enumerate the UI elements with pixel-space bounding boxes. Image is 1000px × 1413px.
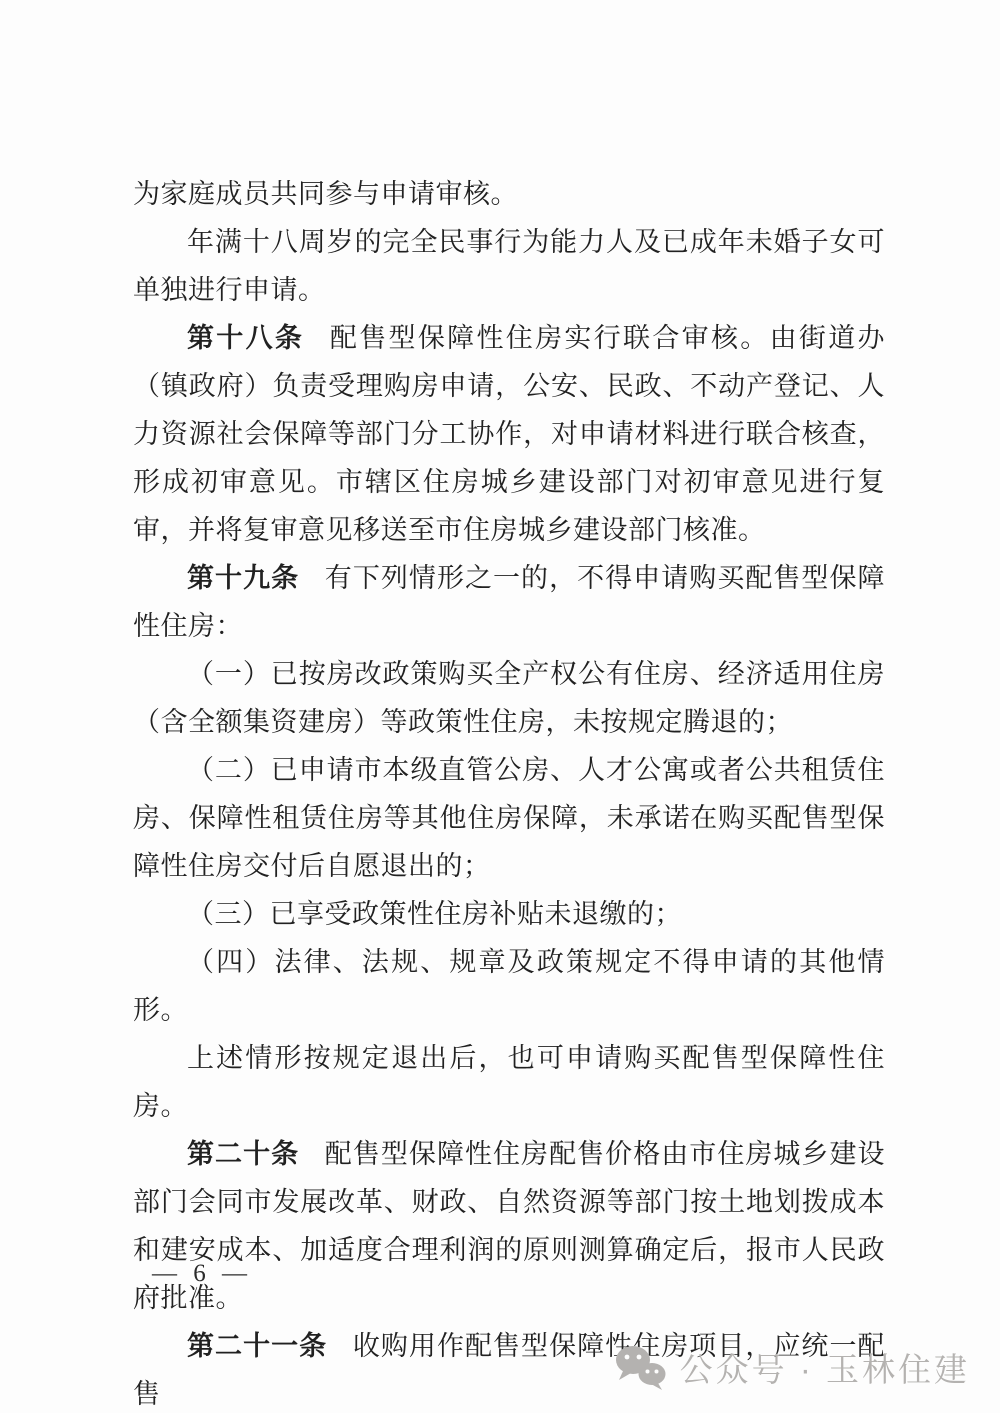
paragraph-item-2: （二）已申请市本级直管公房、人才公寓或者公共租赁住房、保障性租赁住房等其他住房保… [133, 746, 885, 890]
wechat-icon [614, 1345, 668, 1391]
article-number: 第二十条 [187, 1139, 299, 1169]
paragraph-text: （一）已按房改政策购买全产权公有住房、经济适用住房（含全额集资建房）等政策性住房… [133, 659, 885, 737]
paragraph-text: （四）法律、法规、规章及政策规定不得申请的其他情形。 [133, 947, 885, 1025]
watermark: 公众号 · 玉林住建 [614, 1344, 970, 1391]
paragraph-text: 年满十八周岁的完全民事行为能力人及已成年未婚子女可单独进行申请。 [133, 227, 885, 305]
paragraph-article-20: 第二十条配售型保障性住房配售价格由市住房城乡建设部门会同市发展改革、财政、自然资… [133, 1130, 885, 1322]
article-number: 第十八条 [187, 323, 304, 353]
watermark-label: 公众号 · 玉林住建 [680, 1344, 970, 1391]
paragraph-text: （二）已申请市本级直管公房、人才公寓或者公共租赁住房、保障性租赁住房等其他住房保… [133, 755, 885, 881]
paragraph-text: 配售型保障性住房实行联合审核。由街道办（镇政府）负责受理购房申请，公安、民政、不… [133, 323, 885, 545]
paragraph: 为家庭成员共同参与申请审核。 [133, 170, 885, 218]
document-page: 为家庭成员共同参与申请审核。 年满十八周岁的完全民事行为能力人及已成年未婚子女可… [0, 0, 1000, 1413]
paragraph-text: （三）已享受政策性住房补贴未退缴的； [187, 899, 682, 929]
paragraph: 年满十八周岁的完全民事行为能力人及已成年未婚子女可单独进行申请。 [133, 218, 885, 314]
paragraph-text: 为家庭成员共同参与申请审核。 [133, 179, 518, 209]
article-number: 第二十一条 [187, 1331, 327, 1361]
article-number: 第十九条 [187, 563, 299, 593]
document-body: 为家庭成员共同参与申请审核。 年满十八周岁的完全民事行为能力人及已成年未婚子女可… [133, 170, 885, 1413]
paragraph-article-18: 第十八条配售型保障性住房实行联合审核。由街道办（镇政府）负责受理购房申请，公安、… [133, 314, 885, 554]
paragraph-item-4: （四）法律、法规、规章及政策规定不得申请的其他情形。 [133, 938, 885, 1034]
paragraph-article-19: 第十九条有下列情形之一的，不得申请购买配售型保障性住房： [133, 554, 885, 650]
paragraph-item-3: （三）已享受政策性住房补贴未退缴的； [133, 890, 885, 938]
paragraph: 上述情形按规定退出后，也可申请购买配售型保障性住房。 [133, 1034, 885, 1130]
paragraph-text: 上述情形按规定退出后，也可申请购买配售型保障性住房。 [133, 1043, 885, 1121]
paragraph-item-1: （一）已按房改政策购买全产权公有住房、经济适用住房（含全额集资建房）等政策性住房… [133, 650, 885, 746]
page-number: — 6 — [152, 1260, 252, 1288]
